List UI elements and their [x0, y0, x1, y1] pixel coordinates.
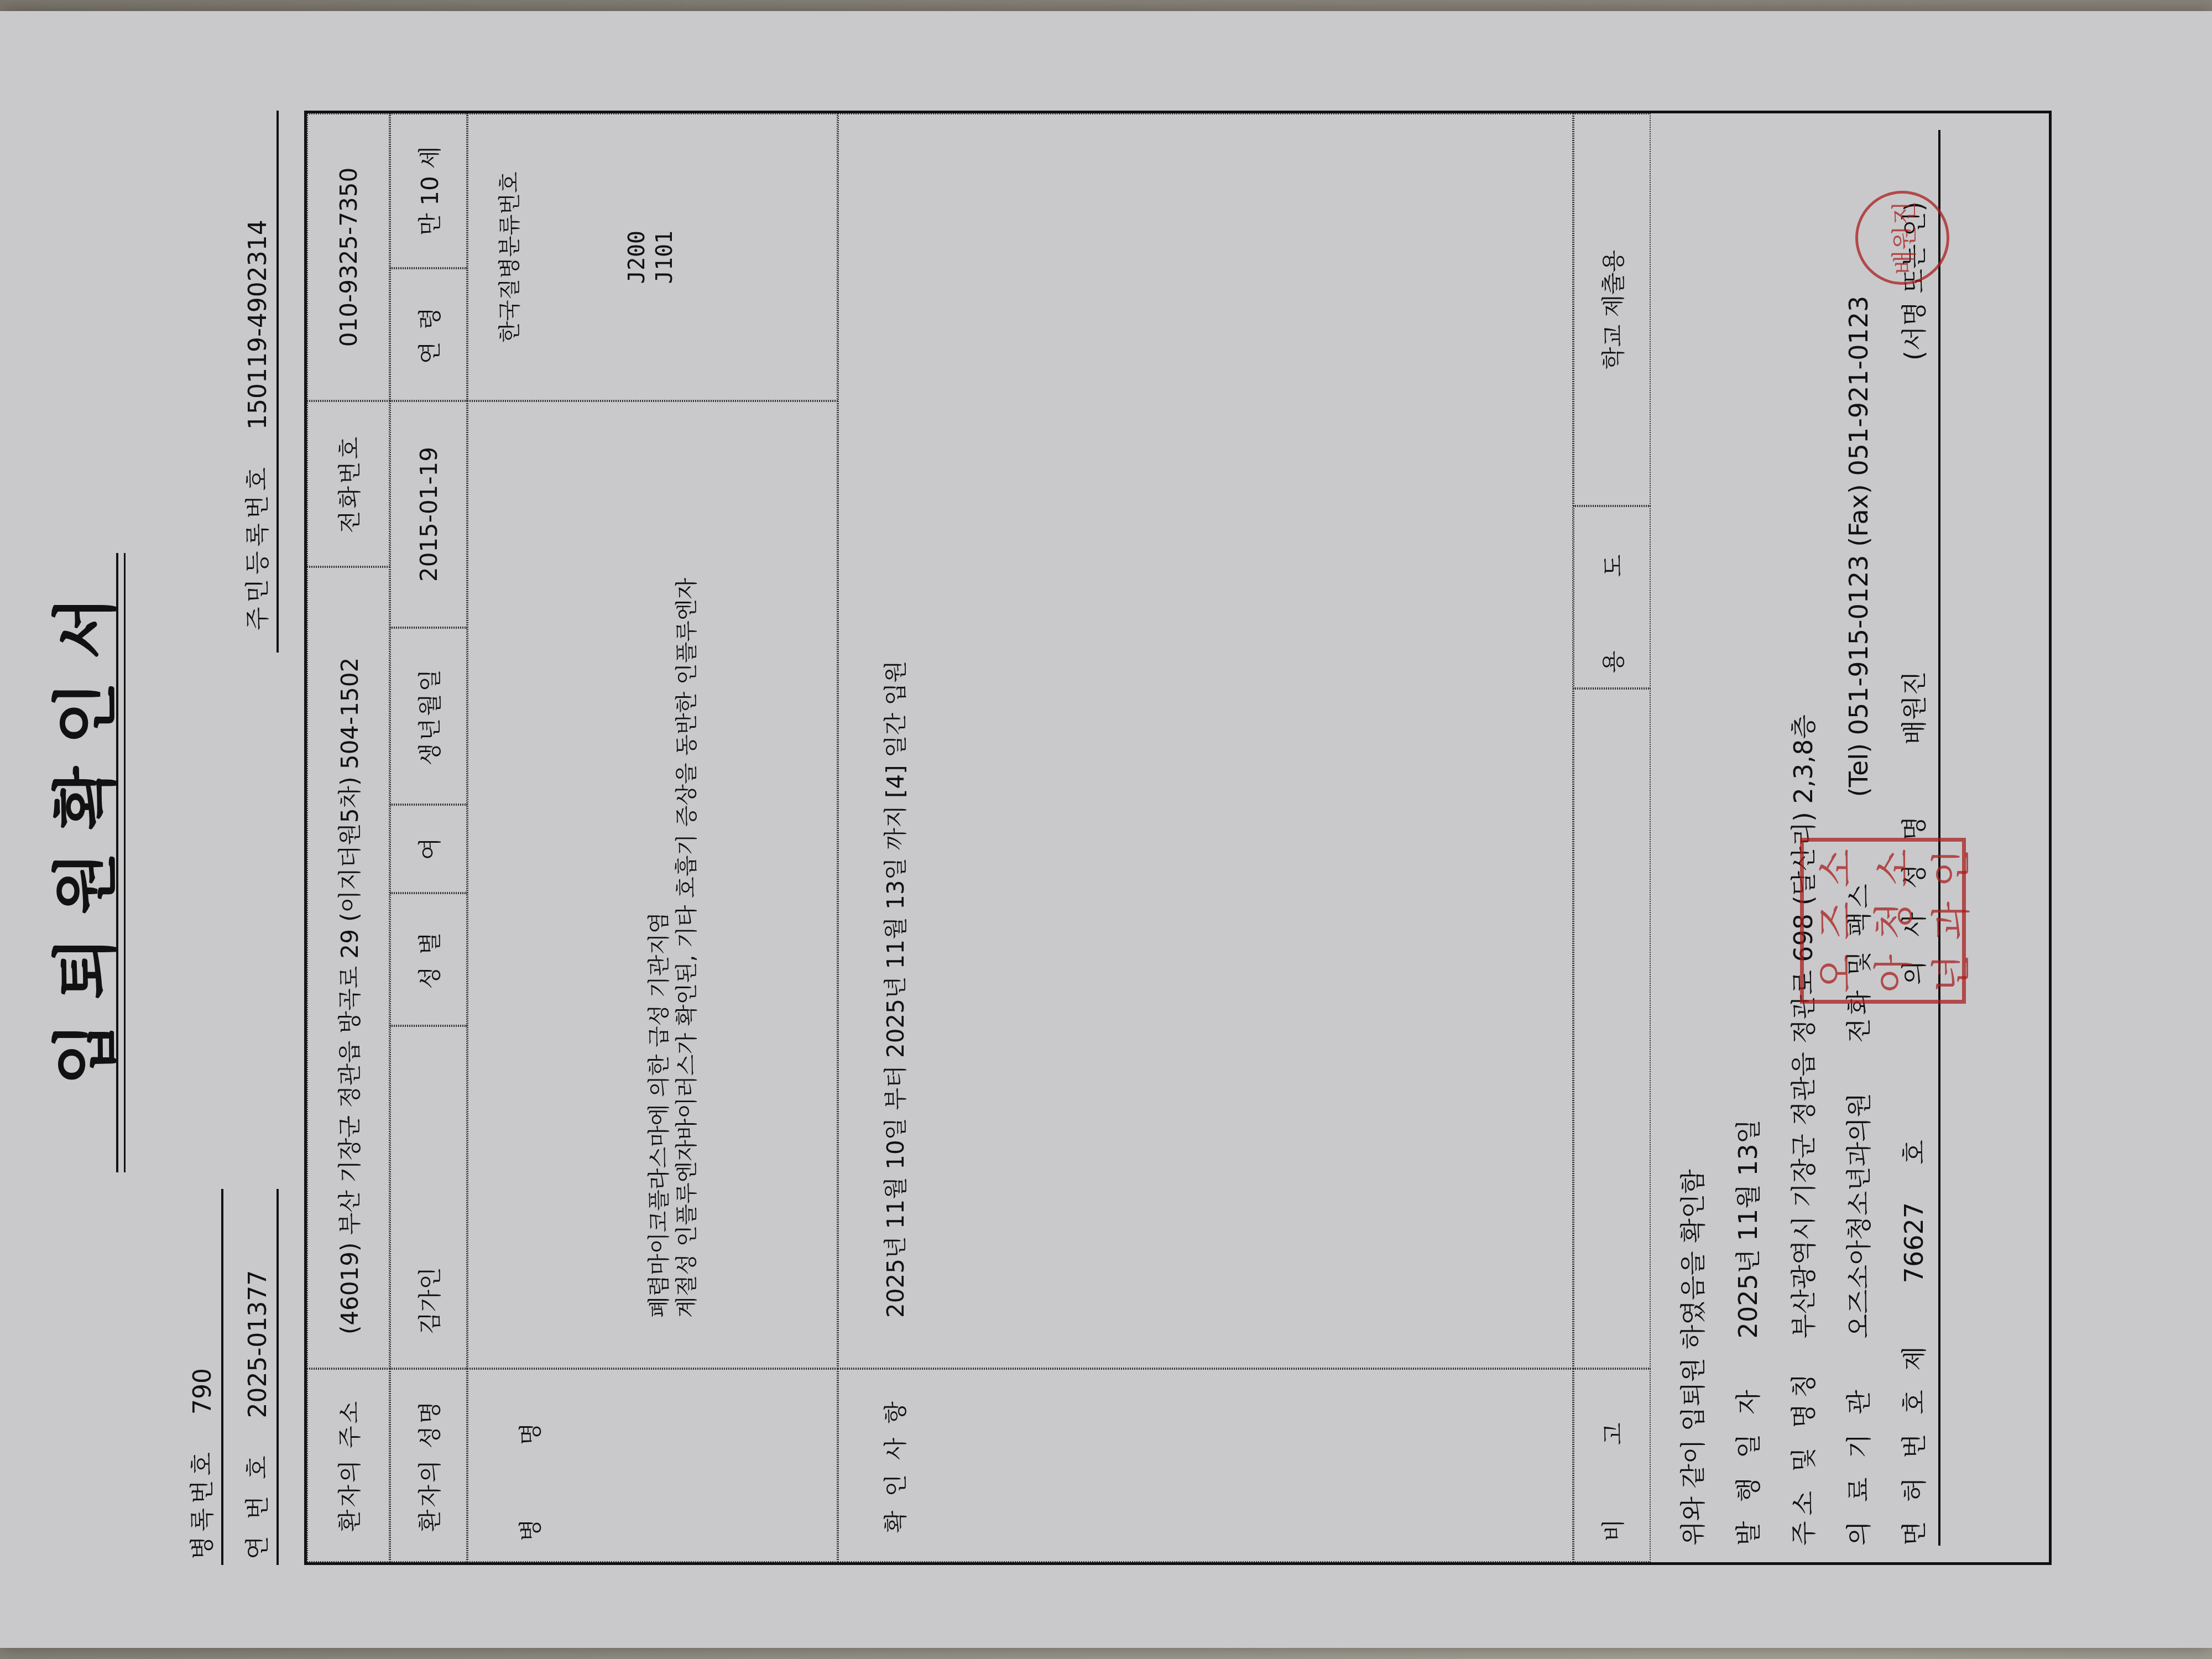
- serial-number-value: 2025-01377: [244, 1270, 272, 1418]
- record-number-rule: [221, 1189, 223, 1565]
- document-title: 입퇴원확인서: [33, 11, 127, 1648]
- serial-number-label: 연 번 호: [238, 1452, 273, 1559]
- age-label-cell: 연 령: [390, 268, 467, 401]
- resident-number-rule: [276, 111, 279, 653]
- purpose-value-cell: 학교 제출용: [1573, 113, 1651, 506]
- name-value-cell: 김가인: [390, 1026, 467, 1369]
- disease-code-cell: 한국질병분류번호 J200 J101: [467, 113, 838, 401]
- remarks-label-cell: 비 고: [1573, 1369, 1651, 1562]
- doctor-name: 배원진: [1894, 369, 1931, 745]
- doctor-seal-stamp: 배원진: [1855, 191, 1949, 285]
- dob-value: 2015-01-19: [415, 447, 442, 582]
- sex-value: 여: [412, 838, 445, 860]
- disease-code-2: J101: [651, 231, 679, 284]
- title-underline: [116, 553, 126, 1172]
- sex-label-cell: 성 별: [390, 893, 467, 1026]
- dob-label-cell: 생년월일: [390, 628, 467, 805]
- institution-seal-stamp: 오즈소 아청소 년과인: [1800, 838, 1966, 1004]
- institution-address-value: 부산광역시 기장군 정관읍 정관로 698 (달산리) 2,3,8층: [1788, 714, 1818, 1338]
- phone-label: 전화번호: [332, 435, 365, 533]
- age-value: 만 10 세: [412, 146, 445, 235]
- age-label: 연 령: [412, 305, 445, 364]
- purpose-value: 학교 제출용: [1595, 250, 1629, 369]
- confirmation-value: 2025년 11월 10일 부터 2025년 11월 13일 까지 [4] 일간…: [878, 660, 911, 1318]
- resident-number-value: 150119-4902314: [244, 220, 272, 430]
- address-label: 환자의 주소: [332, 1399, 365, 1532]
- confirmation-label-cell: 확 인 사 항: [838, 1369, 1573, 1562]
- sex-value-cell: 여: [390, 805, 467, 893]
- record-number-value: 790: [189, 1368, 217, 1415]
- address-label-cell: 환자의 주소: [307, 1369, 390, 1562]
- license-number: 76627: [1899, 1172, 1929, 1283]
- certificate-paper: 입퇴원확인서 병록번호 790 연 번 호 2025-01377 주민등록번호 …: [0, 11, 2212, 1648]
- dob-value-cell: 2015-01-19: [390, 401, 467, 628]
- diagnosis-label-cell: 병 명: [467, 1369, 838, 1562]
- address-value-cell: (46019) 부산 기장군 정관읍 방곡로 29 (이지더원5차) 504-1…: [307, 567, 390, 1369]
- age-value-cell: 만 10 세: [390, 113, 467, 268]
- name-label: 환자의 성명: [412, 1399, 445, 1532]
- record-number-row: 병록번호 790: [182, 1368, 218, 1559]
- address-value: (46019) 부산 기장군 정관읍 방곡로 29 (이지더원5차) 504-1…: [332, 658, 365, 1334]
- remarks-label: 비 고: [1595, 1390, 1629, 1542]
- issue-date-label: 발 행 일 자: [1728, 1347, 1765, 1546]
- diagnosis-label: 병 명: [513, 1390, 546, 1542]
- diagnosis-line-2: 계절성 인플루엔자바이러스가 확인된, 기타 호흡기 증상을 동반한 인플루엔자: [673, 578, 701, 1318]
- certificate-table: 환자의 주소 (46019) 부산 기장군 정관읍 방곡로 29 (이지더원5차…: [304, 111, 2052, 1565]
- phone-label-cell: 전화번호: [307, 401, 390, 567]
- issue-date-value: 2025년 11월 13일: [1733, 1119, 1763, 1339]
- disease-code-label: 한국질병분류번호: [496, 171, 524, 342]
- resident-number-label: 주민등록번호: [238, 463, 273, 630]
- confirmation-label: 확 인 사 항: [878, 1398, 911, 1533]
- sex-label: 성 별: [412, 930, 445, 989]
- footer-statement: 위와 같이 입퇴원 하였음을 확인함: [1673, 1169, 1709, 1546]
- license-suffix: 호: [1894, 993, 1931, 1165]
- institution-label: 의 료 기 관: [1839, 1347, 1875, 1546]
- name-value: 김가인: [412, 1267, 445, 1334]
- purpose-label-cell: 용 도: [1573, 506, 1651, 688]
- disease-code-1: J200: [623, 231, 651, 284]
- diagnosis-value-cell: 폐렴마이코플라스마에 의한 급성 기관지염 계절성 인플루엔자바이러스가 확인된…: [467, 401, 838, 1369]
- record-number-label: 병록번호: [182, 1448, 218, 1559]
- resident-number-row: 주민등록번호 150119-4902314: [238, 220, 273, 630]
- contact-value: (Tel) 051-915-0123 (Fax) 051-921-0123: [1844, 296, 1874, 797]
- confirmation-value-cell: 2025년 11월 10일 부터 2025년 11월 13일 까지 [4] 일간…: [838, 113, 1573, 1369]
- remarks-value-cell: [1573, 688, 1651, 1369]
- purpose-label: 용 도: [1595, 521, 1629, 674]
- license-label: 면 허 번 호 제: [1894, 1291, 1931, 1546]
- name-label-cell: 환자의 성명: [390, 1369, 467, 1562]
- doctor-seal-text: 배원진: [1884, 201, 1921, 274]
- serial-number-rule: [276, 1189, 279, 1565]
- serial-number-row: 연 번 호 2025-01377: [238, 1270, 273, 1559]
- phone-value-cell: 010-9325-7350: [307, 113, 390, 401]
- diagnosis-line-1: 폐렴마이코플라스마에 의한 급성 기관지염: [645, 912, 673, 1318]
- institution-address-label: 주소 및 명칭: [1783, 1347, 1820, 1546]
- institution-name: 오즈소아청소년과의원: [1839, 1051, 1875, 1338]
- phone-value: 010-9325-7350: [335, 168, 362, 347]
- dob-label: 생년월일: [412, 667, 445, 765]
- issue-date-row: 발 행 일 자 2025년 11월 13일: [1728, 1119, 1765, 1546]
